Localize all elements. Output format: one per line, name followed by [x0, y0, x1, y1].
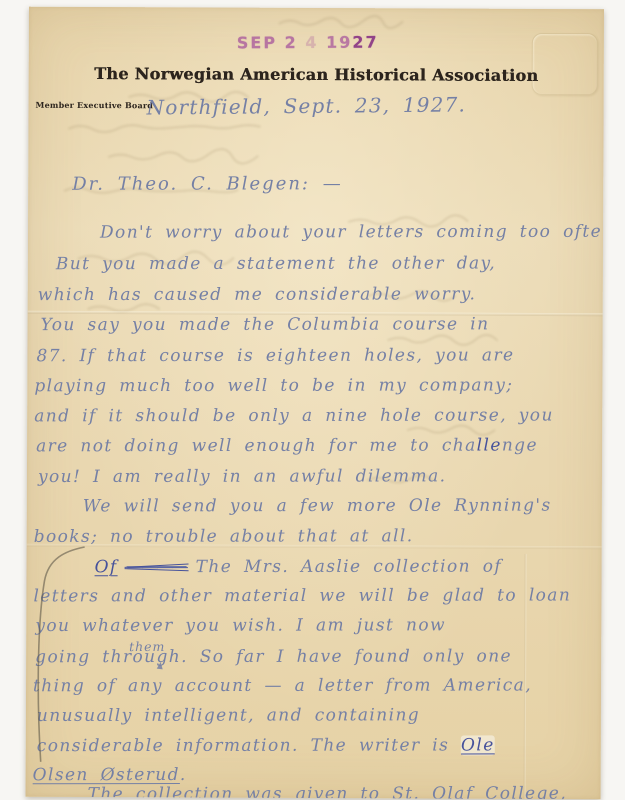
pencil-margin-bracket: [26, 7, 604, 800]
letter-paper: SEP 2 4 1927 The Norwegian American Hist…: [26, 7, 604, 800]
scan-background: SEP 2 4 1927 The Norwegian American Hist…: [0, 0, 625, 800]
